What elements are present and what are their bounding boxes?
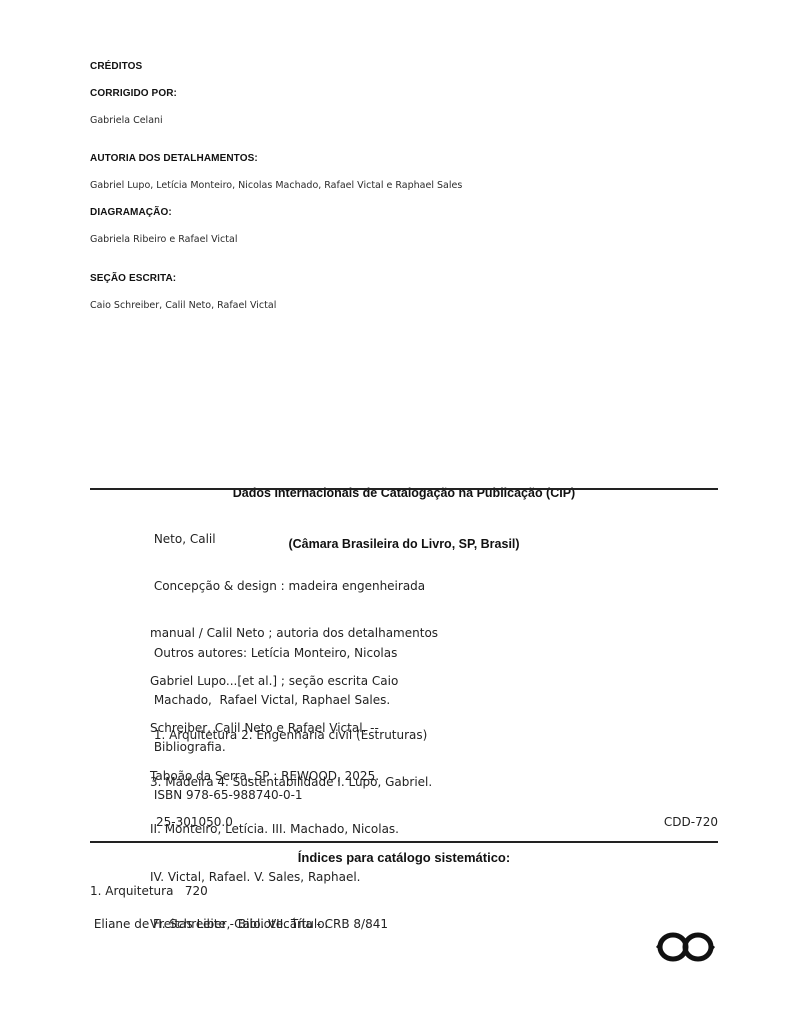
credit-value-details-authors: Gabriel Lupo, Letícia Monteiro, Nicolas … (90, 180, 462, 191)
cip-line: Outros autores: Letícia Monteiro, Nicola… (150, 646, 397, 662)
cip-line: 1. Arquitetura 2. Engenharia civil (Estr… (150, 728, 432, 744)
credit-heading-layout: DIAGRAMAÇÃO: (90, 207, 172, 218)
cip-line: Neto, Calil (150, 532, 438, 548)
credit-value-proofread: Gabriela Celani (90, 115, 163, 126)
credit-value-written-section: Caio Schreiber, Calil Neto, Rafael Victa… (90, 300, 276, 311)
cip-bottom-rule (90, 841, 718, 843)
credit-heading-written-section: SEÇÃO ESCRITA: (90, 273, 176, 284)
cip-librarian: Eliane de Freitas Leite - Bibliotecária … (90, 917, 388, 933)
cip-index-entry: 1. Arquitetura 720 (90, 884, 208, 900)
credits-title: CRÉDITOS (90, 61, 142, 72)
credit-heading-details-authors: AUTORIA DOS DETALHAMENTOS: (90, 153, 258, 164)
cip-index-title: Índices para catálogo sistemático: (90, 850, 718, 865)
cip-cdd: CDD-720 (664, 815, 718, 831)
cip-control-number: 25-301050.0 (156, 815, 233, 831)
credit-value-layout: Gabriela Ribeiro e Rafael Victal (90, 234, 237, 245)
credit-heading-proofread: CORRIGIDO POR: (90, 88, 177, 99)
cip-line: 3. Madeira 4. Sustentabilidade I. Lupo, … (150, 775, 432, 791)
cip-line: Concepção & design : madeira engenheirad… (150, 579, 438, 595)
infinity-loop-logo-icon (653, 930, 719, 964)
cip-top-rule (90, 488, 718, 490)
